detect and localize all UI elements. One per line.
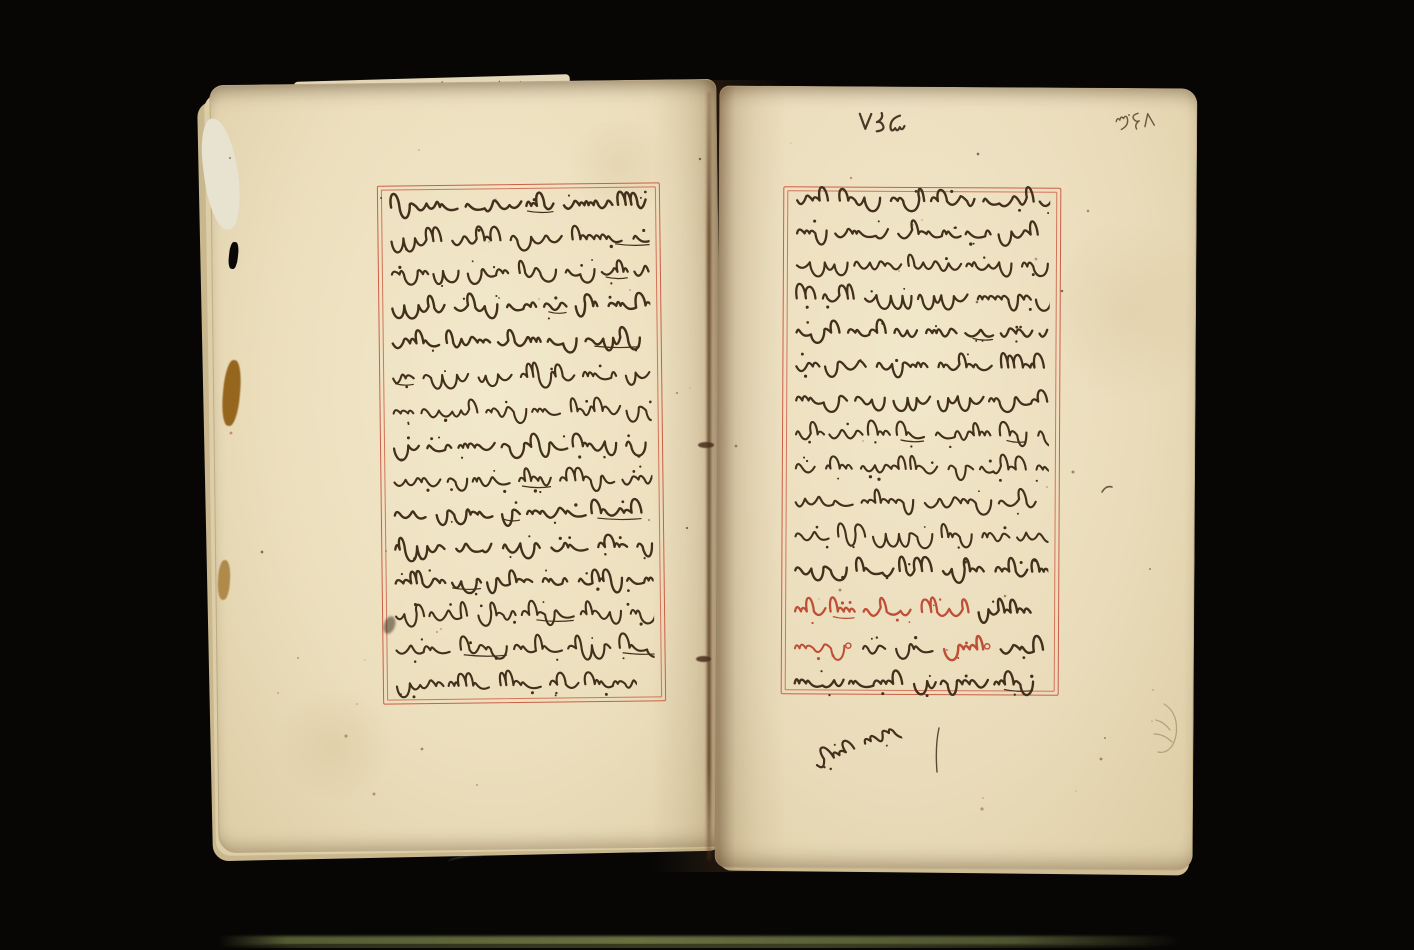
paper-stain — [270, 690, 400, 800]
manuscript-line — [392, 559, 653, 596]
binding-stitch — [696, 656, 711, 662]
manuscript-line — [392, 491, 653, 528]
manuscript-line — [792, 662, 1040, 697]
manuscript-line — [792, 549, 1048, 584]
manuscript-line — [394, 663, 637, 700]
left-text-lines — [378, 183, 665, 703]
manuscript-line — [792, 590, 1048, 625]
manuscript-line — [389, 284, 650, 321]
manuscript-line — [792, 515, 1048, 550]
manuscript-line — [793, 379, 1049, 414]
manuscript-line — [393, 592, 654, 629]
manuscript-line — [793, 345, 1049, 380]
manuscript-line — [390, 389, 651, 426]
manuscript-line — [794, 179, 1050, 214]
manuscript-photo — [0, 0, 1414, 950]
manuscript-line — [388, 217, 649, 254]
margin-tick — [1100, 483, 1114, 495]
manuscript-line — [794, 212, 1050, 247]
manuscript-line — [793, 481, 1049, 516]
binding-stitch — [698, 442, 714, 448]
manuscript-line — [792, 627, 1048, 662]
manuscript-line — [392, 525, 653, 562]
manuscript-line — [793, 413, 1049, 448]
table-edge-strip-shadow — [218, 944, 1213, 948]
gutter-crease — [707, 92, 711, 860]
manuscript-line — [793, 311, 1049, 346]
manuscript-line — [393, 626, 654, 663]
manuscript-line — [390, 319, 651, 356]
right-text-lines — [782, 187, 1061, 694]
paper-stain — [1060, 200, 1200, 420]
folio-number-center — [856, 102, 909, 137]
manuscript-line — [389, 250, 650, 287]
gutter-shadow — [652, 80, 786, 872]
manuscript-line — [793, 447, 1049, 482]
stray-pen-stroke — [930, 726, 944, 774]
manuscript-line — [794, 277, 1050, 312]
manuscript-line — [391, 424, 652, 461]
margin-ink-doodle — [1146, 700, 1194, 762]
left-text-frame — [377, 182, 666, 704]
manuscript-line — [390, 354, 651, 391]
manuscript-line — [794, 244, 1050, 279]
right-text-frame — [781, 186, 1062, 695]
manuscript-line — [388, 183, 649, 220]
manuscript-line — [391, 458, 652, 495]
